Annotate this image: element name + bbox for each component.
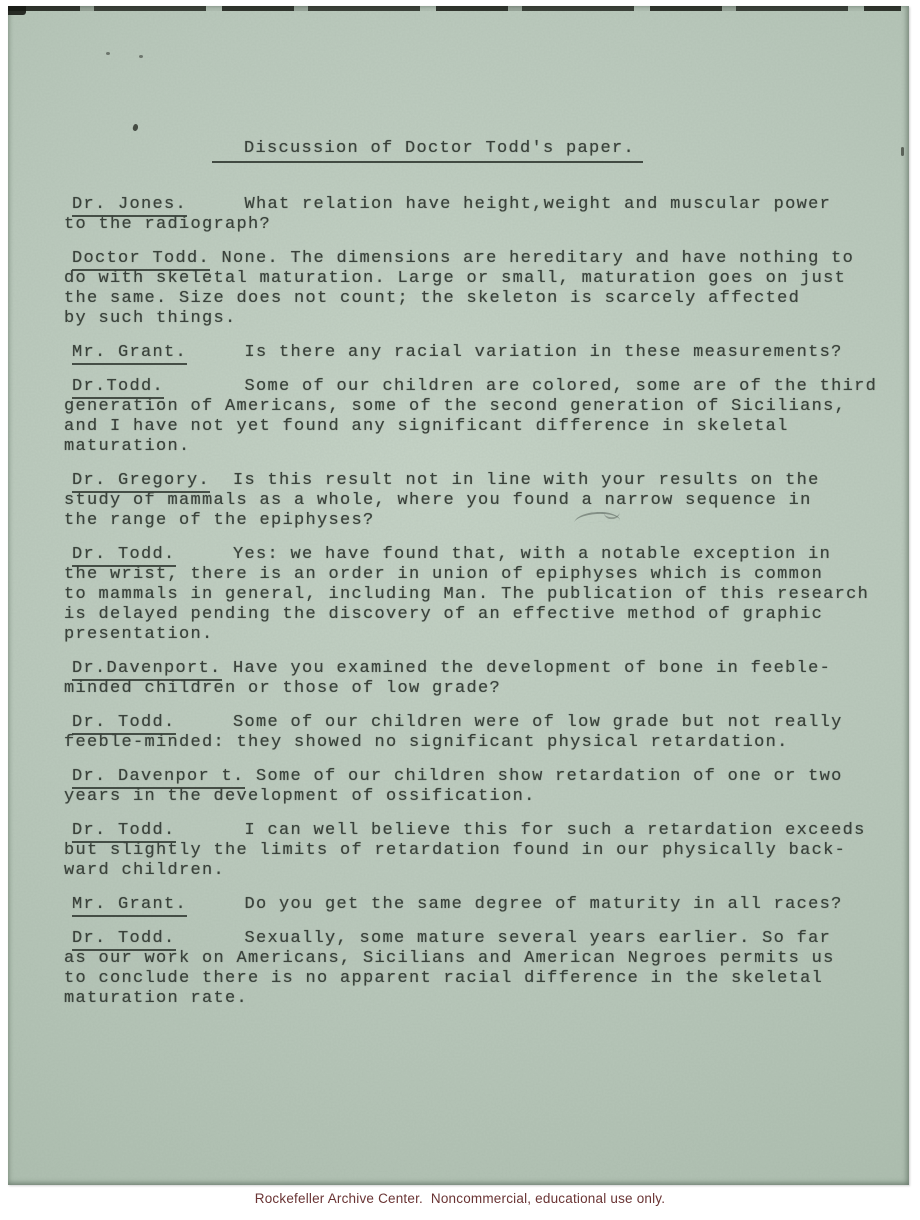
speaker-name: Doctor Todd. [72,249,210,271]
dialogue-paragraph: Dr. Todd. Sexually, some mature several … [64,929,871,1009]
speaker-name: Dr. Todd. [72,929,176,951]
speaker-name: Dr. Gregory. [72,471,210,493]
dialogue-paragraph: Dr.Todd. Some of our children are colore… [64,377,871,457]
speaker-name: Dr. Todd. [72,821,176,843]
dialogue-paragraph: Dr. Davenpor t. Some of our children sho… [64,767,871,807]
speech-text: Some of our children are colored, some a… [64,377,877,456]
dialogue-paragraph: Dr.Davenport. Have you examined the deve… [64,659,871,699]
dialogue-paragraph: Dr. Todd. Some of our children were of l… [64,713,871,753]
speech-text: Yes: we have found that, with a notable … [64,545,869,644]
speaker-name: Dr.Todd. [72,377,164,399]
speech-text: Some of our children were of low grade b… [64,713,843,752]
speaker-name: Dr. Todd. [72,545,176,567]
typewritten-text: Discussion of Doctor Todd's paper. Dr. J… [64,6,871,1023]
dialogue-paragraph: Dr. Jones. What relation have height,wei… [64,195,871,235]
speaker-name: Dr. Todd. [72,713,176,735]
dialogue-paragraph: Dr. Todd. I can well believe this for su… [64,821,871,881]
dialogue-paragraph: Dr. Gregory. Is this result not in line … [64,471,871,531]
document-title: Discussion of Doctor Todd's paper. [212,139,871,163]
ink-speck [901,147,904,156]
archive-credit: Rockefeller Archive Center. Noncommercia… [0,1191,920,1206]
speaker-name: Dr. Davenpor t. [72,767,245,789]
dialogue-paragraph: Doctor Todd. None. The dimensions are he… [64,249,871,329]
speaker-name: Dr. Jones. [72,195,187,217]
dialogue-paragraph: Dr. Todd. Yes: we have found that, with … [64,545,871,645]
title-text: Discussion of Doctor Todd's paper. [244,139,635,158]
speech-text: Sexually, some mature several years earl… [64,929,835,1008]
speaker-name: Mr. Grant. [72,343,187,365]
speech-text: I can well believe this for such a retar… [64,821,866,880]
speaker-name: Dr.Davenport. [72,659,222,681]
dialogue-paragraph: Mr. Grant. Is there any racial variation… [64,343,871,363]
scanned-page: Discussion of Doctor Todd's paper. Dr. J… [0,0,920,1220]
document-paper: Discussion of Doctor Todd's paper. Dr. J… [8,6,909,1185]
dialogue-transcript: Dr. Jones. What relation have height,wei… [64,195,871,1009]
speech-text: Do you get the same degree of maturity i… [187,895,843,914]
speaker-name: Mr. Grant. [72,895,187,917]
speech-text: Is there any racial variation in these m… [187,343,843,362]
dialogue-paragraph: Mr. Grant. Do you get the same degree of… [64,895,871,915]
